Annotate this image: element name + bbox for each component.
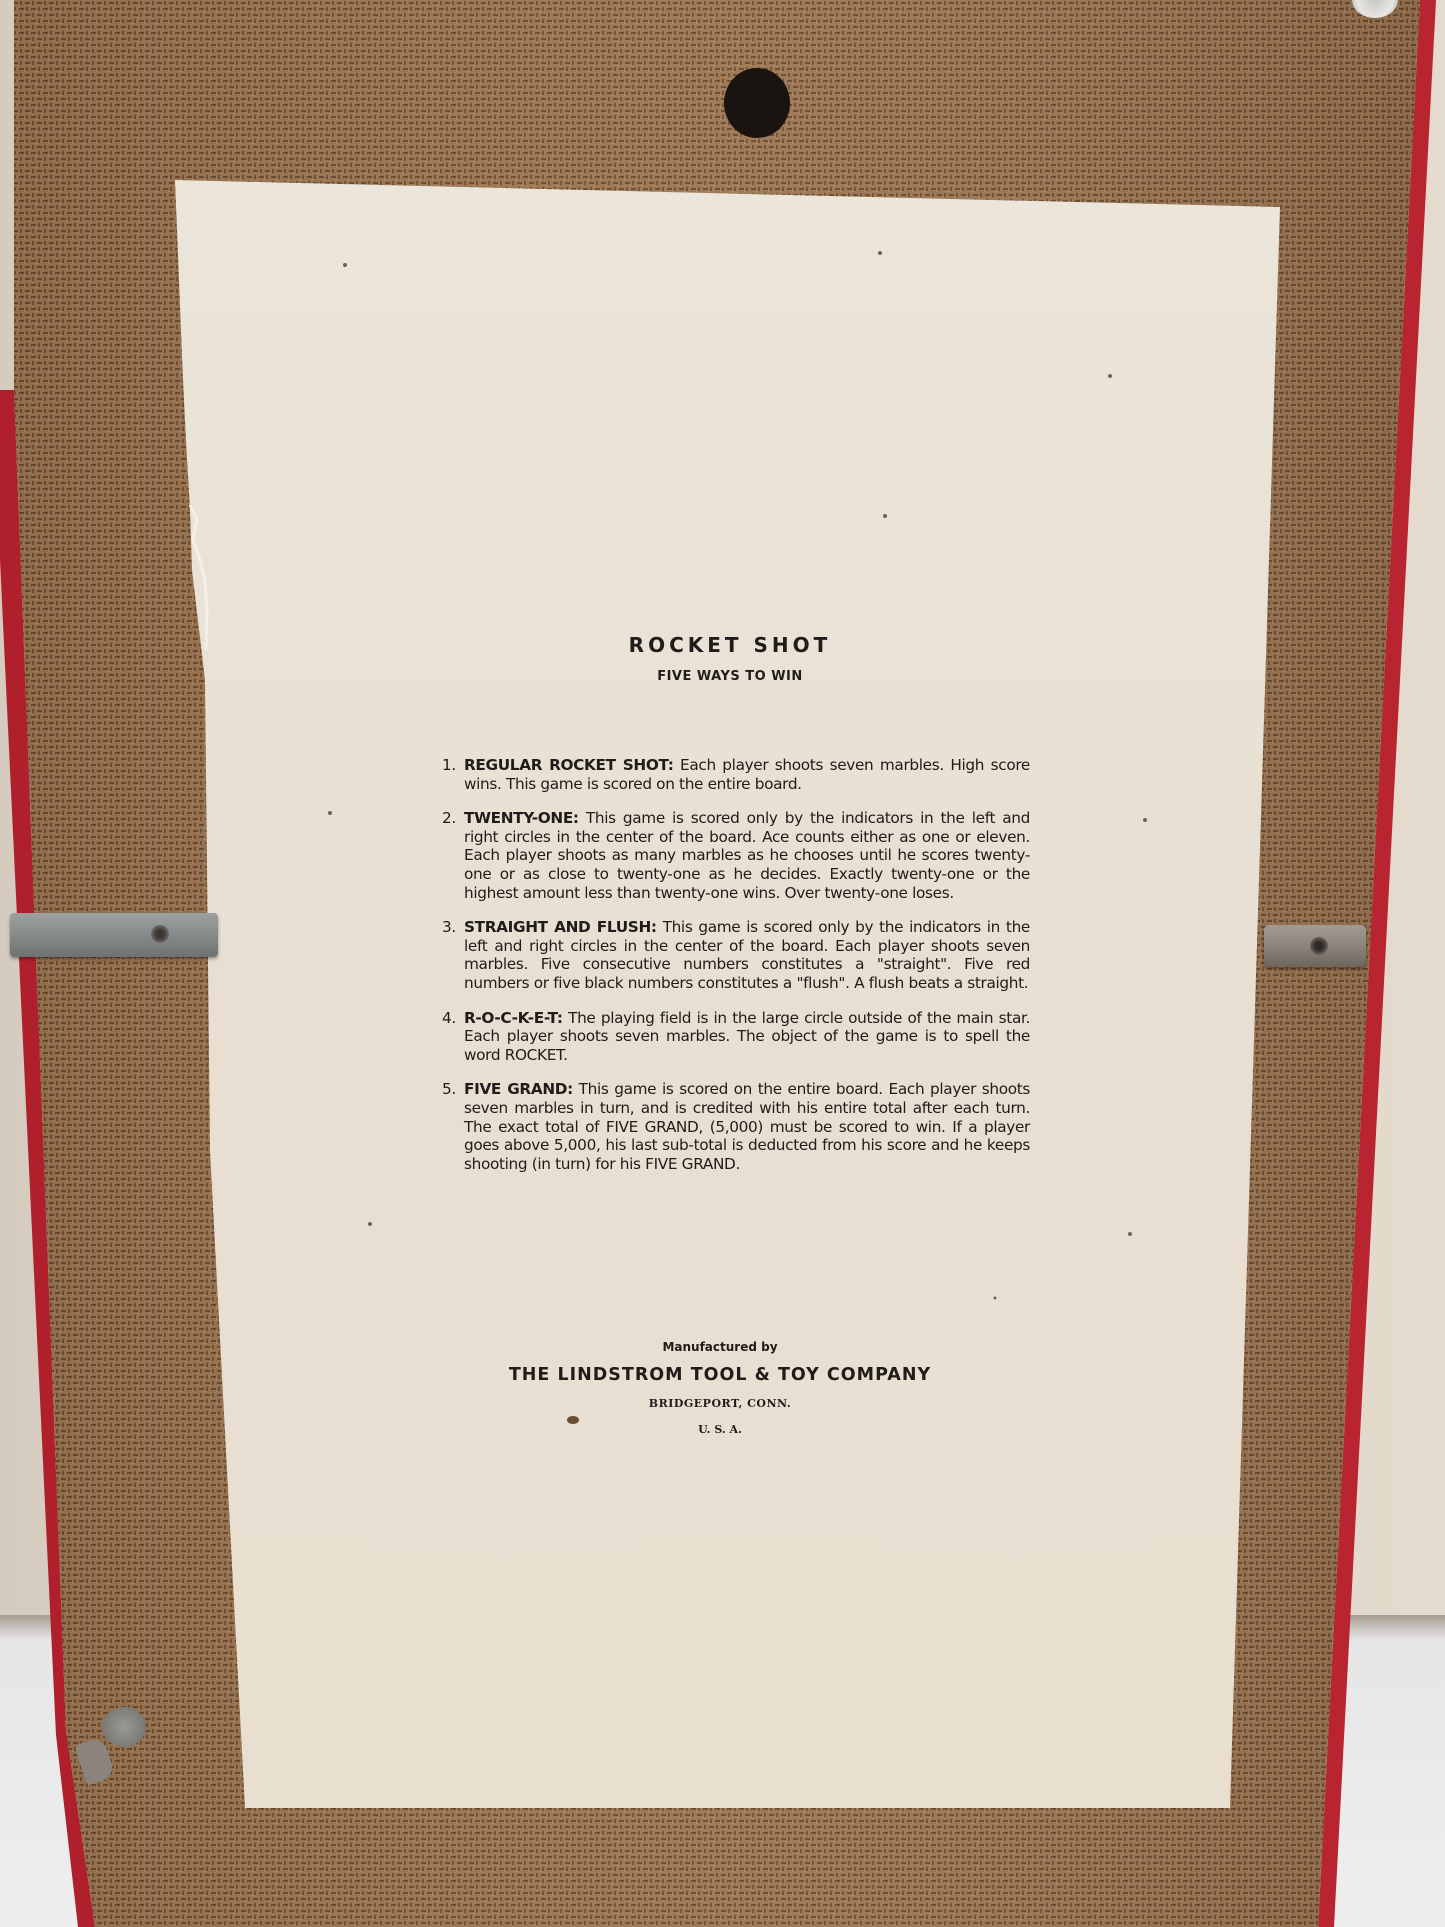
manufacturer-block: Manufactured by THE LINDSTROM TOOL & TOY… [470, 1340, 970, 1436]
rule-item: 3. STRAIGHT AND FLUSH: This game is scor… [430, 918, 1030, 992]
rule-heading: R-O-C-K-E-T: [464, 1009, 563, 1027]
rule-number: 5. [430, 1080, 460, 1173]
rule-heading: FIVE GRAND: [464, 1080, 573, 1098]
rule-number: 3. [430, 918, 460, 992]
rivet-bottom-left-icon [102, 1707, 146, 1747]
rule-item: 5. FIVE GRAND: This game is scored on th… [430, 1080, 1030, 1173]
company-city: BRIDGEPORT, CONN. [470, 1397, 970, 1410]
company-name: THE LINDSTROM TOOL & TOY COMPANY [470, 1365, 970, 1385]
sheet-title: ROCKET SHOT [430, 633, 1030, 657]
rule-item: 1. REGULAR ROCKET SHOT: Each player shoo… [430, 756, 1030, 793]
rule-item: 2. TWENTY-ONE: This game is scored only … [430, 809, 1030, 902]
bracket-screw-icon [1310, 937, 1328, 955]
rule-heading: TWENTY-ONE: [464, 809, 579, 827]
rule-number: 2. [430, 809, 460, 902]
sheet-subtitle: FIVE WAYS TO WIN [430, 669, 1030, 684]
rules-text-block: ROCKET SHOT FIVE WAYS TO WIN 1. REGULAR … [430, 620, 1030, 1189]
metal-bracket-right-icon [1264, 925, 1366, 967]
rule-item: 4. R-O-C-K-E-T: The playing field is in … [430, 1009, 1030, 1065]
manufactured-by-label: Manufactured by [470, 1340, 970, 1354]
bracket-screw-icon [151, 925, 169, 943]
rules-list: 1. REGULAR ROCKET SHOT: Each player shoo… [430, 756, 1030, 1173]
metal-bracket-left-icon [10, 913, 218, 957]
rule-number: 4. [430, 1009, 460, 1065]
rule-heading: STRAIGHT AND FLUSH: [464, 918, 657, 936]
company-country: U. S. A. [470, 1423, 970, 1436]
rule-heading: REGULAR ROCKET SHOT: [464, 756, 674, 774]
rule-number: 1. [430, 756, 460, 793]
